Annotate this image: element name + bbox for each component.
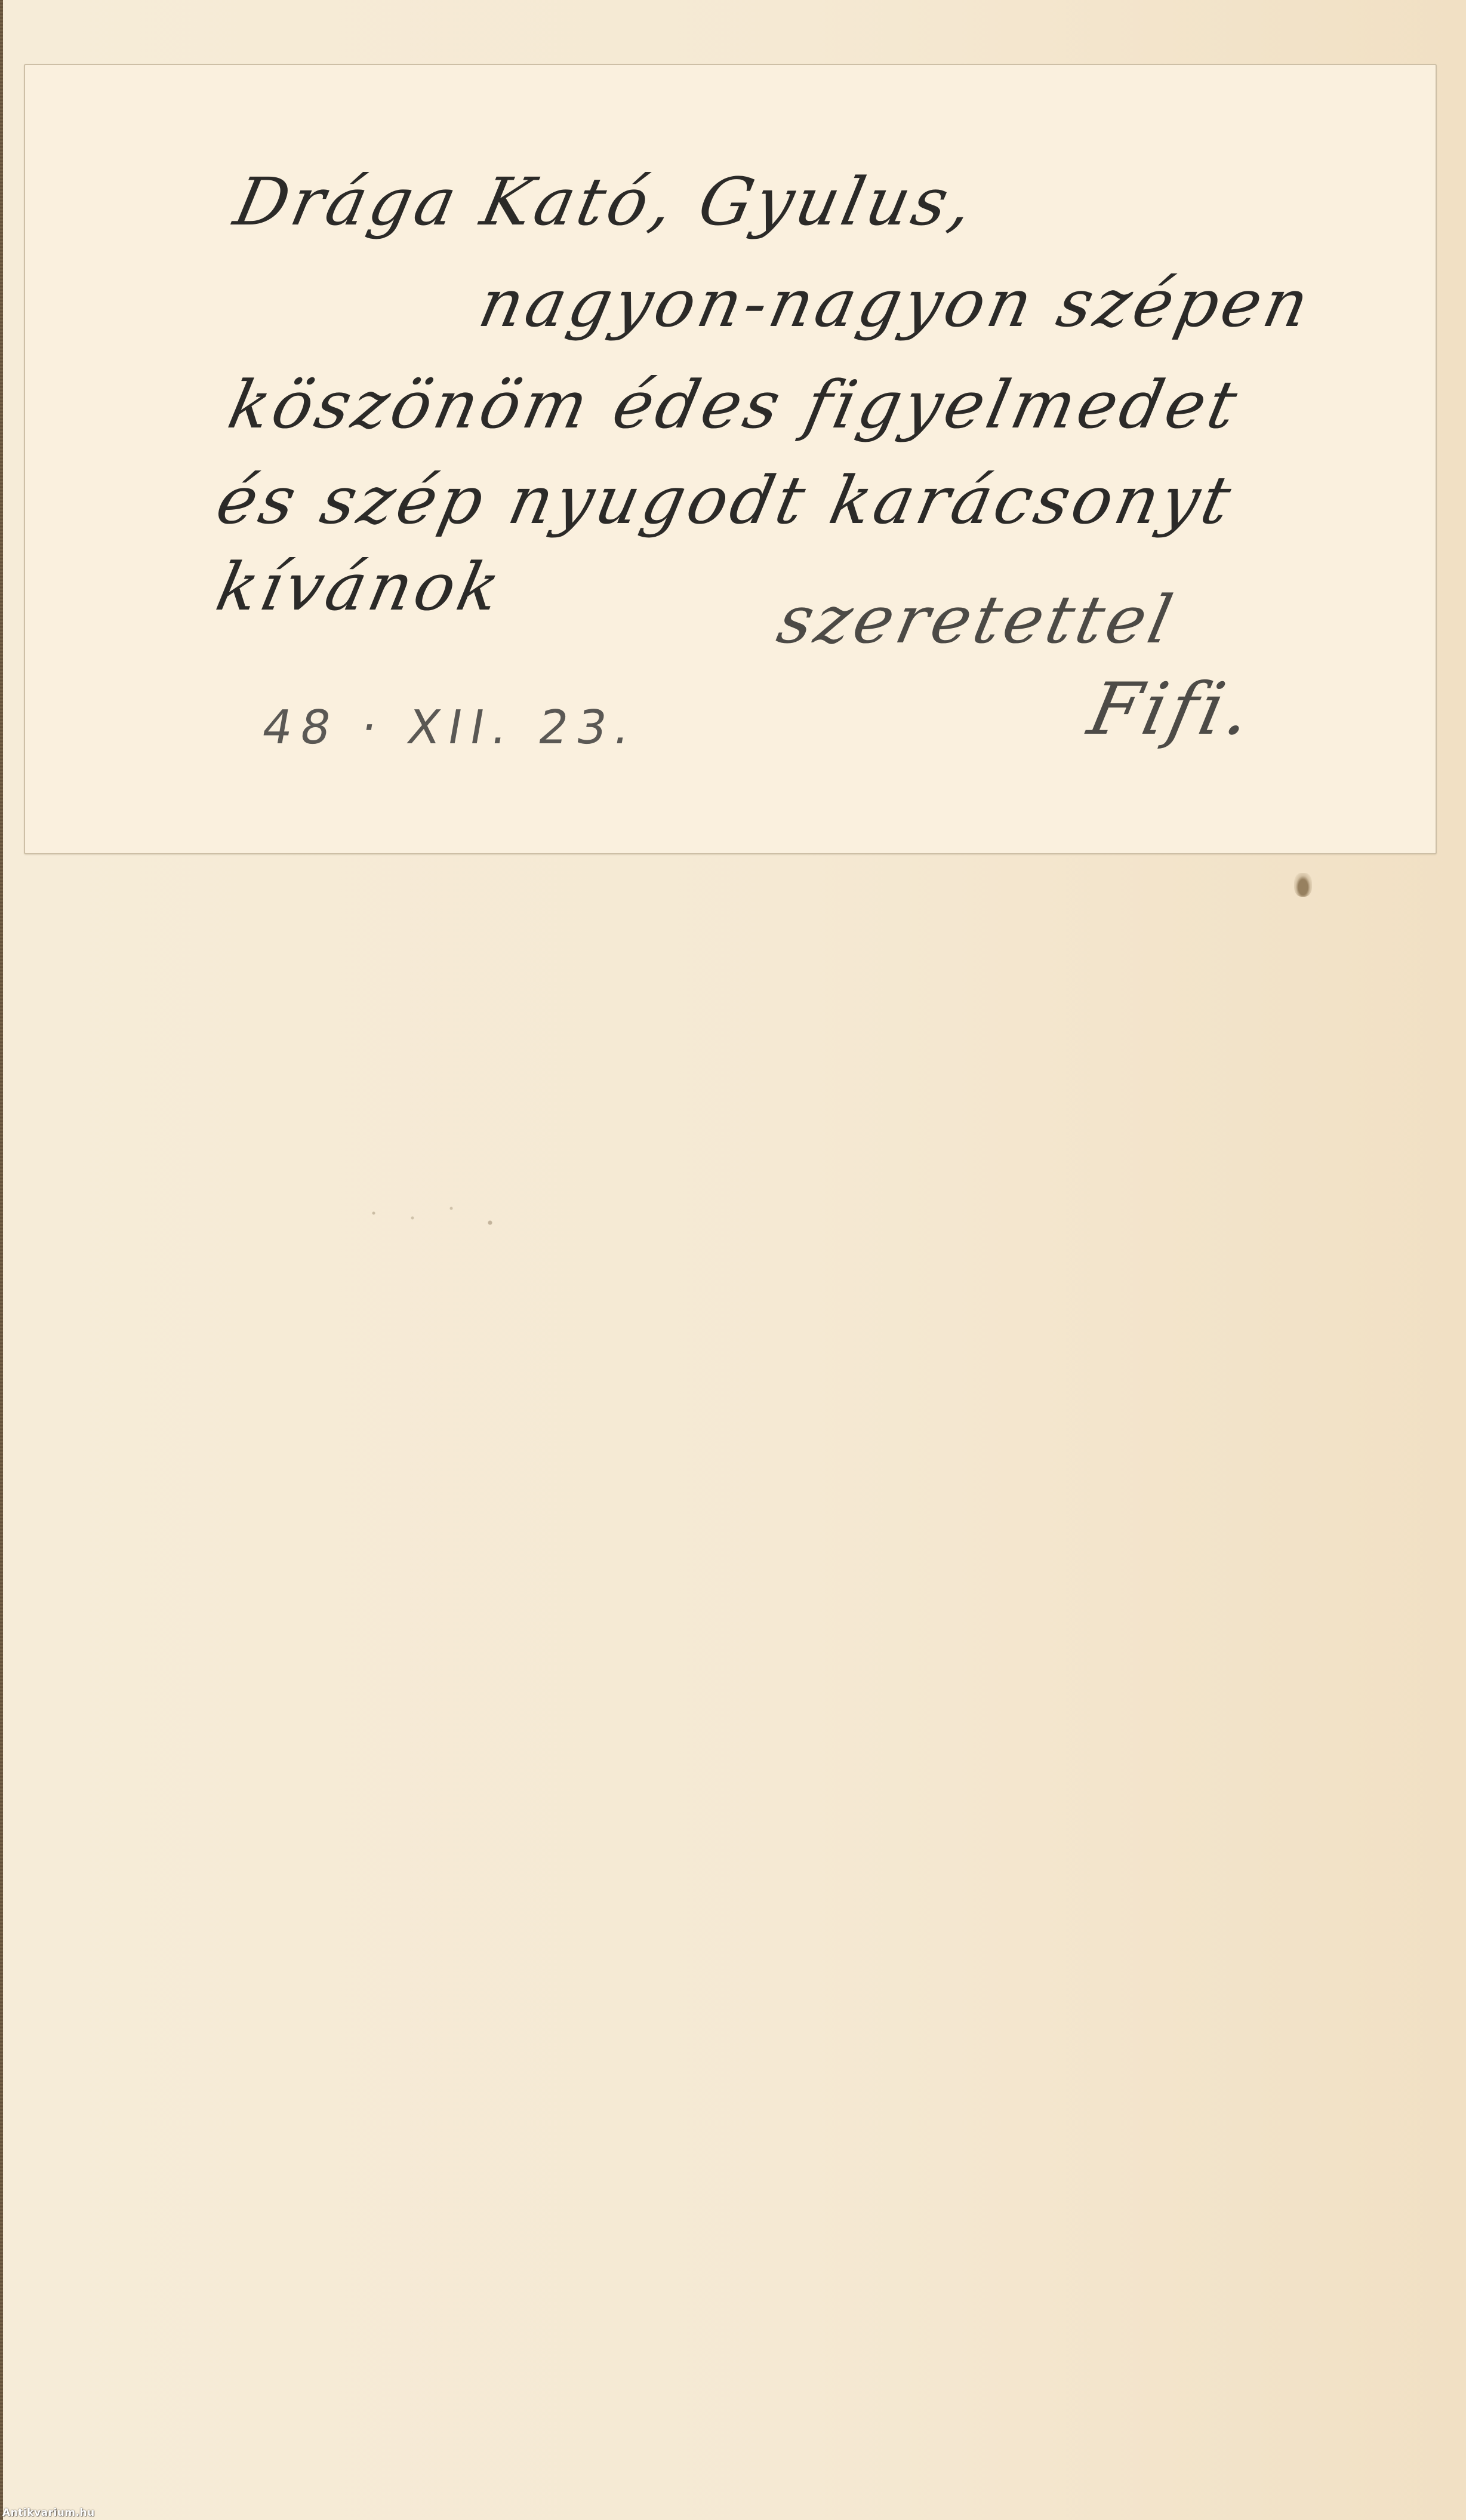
page-binding-edge [0,0,3,2520]
handwritten-card: Drága Kató, Gyulus, nagyon-nagyon szépen… [24,64,1437,854]
paper-stain [1294,873,1312,897]
body-line-2: köszönöm édes figyelmedet [222,367,1247,443]
body-line-3: és szép nyugodt karácsonyt [210,462,1241,539]
body-line-1: nagyon-nagyon szépen [473,265,1319,341]
date-line: 48 · XII. 23. [258,701,643,755]
body-line-4: kívánok [210,549,510,625]
closing-line: szeretettel [771,581,1182,658]
salutation-line: Drága Kató, Gyulus, [228,164,983,240]
album-page: Drága Kató, Gyulus, nagyon-nagyon szépen… [0,0,1466,2520]
foxing-specks [358,1194,513,1242]
watermark-text: Antikvarium.hu [2,2507,95,2519]
signature: Fifi. [1082,668,1262,751]
